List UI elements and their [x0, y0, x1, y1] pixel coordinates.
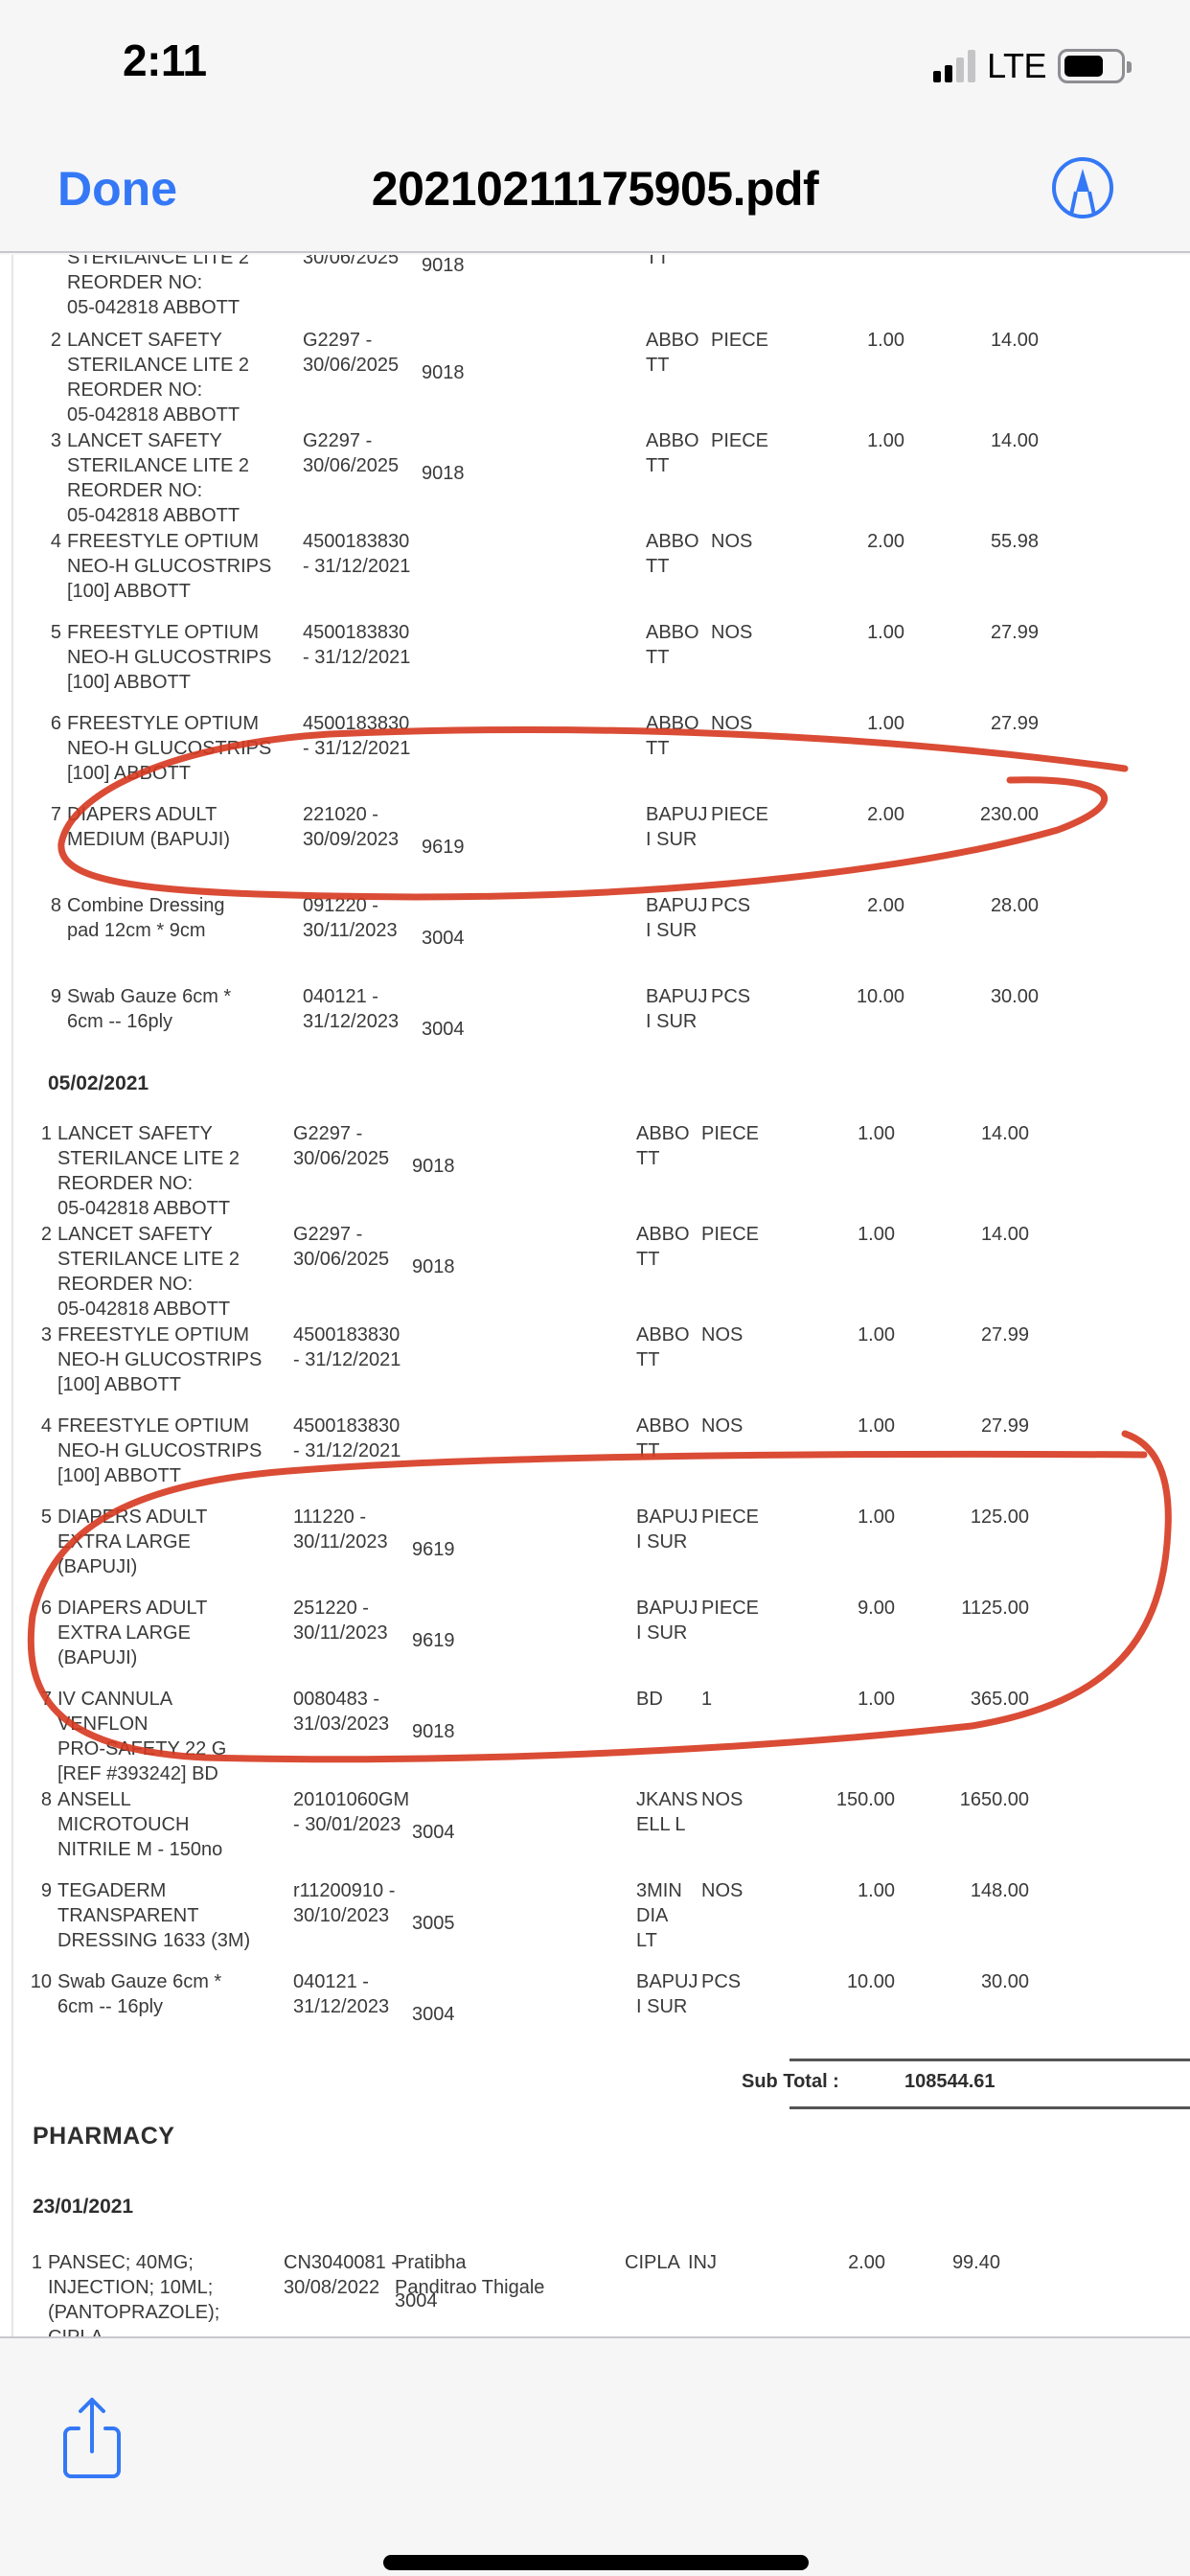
item-description: ANSELLMICROTOUCHNITRILE M - 150no: [57, 1787, 287, 1862]
batch-expiry: G2297 -30/06/2025: [303, 328, 437, 378]
item-description-line: FREESTYLE OPTIUM: [67, 529, 297, 554]
hsn-code: 9619: [412, 1537, 455, 1562]
item-description-line: NEO-H GLUCOSTRIPS: [67, 645, 297, 670]
item-description-line: NEO-H GLUCOSTRIPS: [67, 736, 297, 761]
item-description-line: REORDER NO:: [67, 478, 297, 503]
manufacturer-line: BAPUJ: [646, 802, 703, 827]
navigation-bar: Done 20210211175905.pdf: [0, 134, 1190, 253]
manufacturer-line: I SUR: [646, 918, 703, 943]
item-description-line: NITRILE M - 150no: [57, 1837, 287, 1862]
batch-expiry: 221020 -30/09/2023: [303, 802, 437, 852]
item-description-line: STERILANCE LITE 2: [57, 1146, 287, 1171]
manufacturer-line: BD: [636, 1687, 694, 1712]
batch-expiry-line: G2297 -: [293, 1222, 427, 1247]
item-description-line: REORDER NO:: [57, 1171, 287, 1196]
item-description-line: REORDER NO:: [67, 270, 297, 295]
unit: NOS: [701, 1878, 743, 1903]
unit: NOS: [701, 1787, 743, 1812]
batch-expiry-line: 4500183830: [303, 529, 437, 554]
unit: NOS: [711, 711, 752, 736]
item-description-line: pad 12cm * 9cm: [67, 918, 297, 943]
hsn-code: 3004: [422, 926, 465, 951]
unit: PIECE: [701, 1222, 759, 1247]
item-description-line: [100] ABBOTT: [67, 579, 297, 604]
item-description-line: LANCET SAFETY: [67, 328, 297, 353]
batch-expiry-line: 0080483 -: [293, 1687, 427, 1712]
manufacturer-line: DIA: [636, 1903, 694, 1928]
amount: 148.00: [933, 1878, 1029, 1903]
amount: 27.99: [943, 711, 1039, 736]
manufacturer-line: TT: [646, 736, 703, 761]
item-description-line: FREESTYLE OPTIUM: [67, 711, 297, 736]
batch-expiry-line: 4500183830: [293, 1322, 427, 1347]
batch-expiry-line: 30/06/2025: [293, 1146, 427, 1171]
manufacturer-line: I SUR: [646, 1009, 703, 1034]
home-indicator: [383, 2555, 809, 2570]
hsn-code: 9018: [412, 1719, 455, 1744]
subtotal-value: 108544.61: [904, 2069, 995, 2094]
manufacturer-line: BAPUJ: [636, 1969, 694, 1994]
batch-expiry-line: - 30/01/2023: [293, 1812, 427, 1837]
item-description-line: DRESSING 1633 (3M): [57, 1928, 287, 1953]
batch-expiry-line: 040121 -: [303, 984, 437, 1009]
manufacturer-line: BAPUJ: [646, 984, 703, 1009]
batch-expiry-line: 30/09/2023: [303, 827, 437, 852]
date-header: 05/02/2021: [48, 1071, 149, 1096]
batch-expiry-line: 31/12/2023: [303, 1009, 437, 1034]
manufacturer-line: ELL L: [636, 1812, 694, 1837]
item-number: 2: [4, 1222, 52, 1247]
manufacturer-line: TT: [636, 1247, 694, 1272]
item-description-line: 05-042818 ABBOTT: [57, 1196, 287, 1221]
item-number: 4: [4, 1414, 52, 1438]
item-number: 8: [4, 1787, 52, 1812]
manufacturer: BAPUJI SUR: [636, 1969, 694, 2019]
batch-expiry: 4500183830- 31/12/2021: [293, 1414, 427, 1463]
item-description-line: STERILANCE LITE 2: [67, 453, 297, 478]
amount: 27.99: [933, 1414, 1029, 1438]
item-number: 4: [13, 529, 61, 554]
unit: PIECE: [701, 1505, 759, 1529]
item-description: TEGADERMTRANSPARENTDRESSING 1633 (3M): [57, 1878, 287, 1953]
batch-expiry-line: - 31/12/2021: [293, 1438, 427, 1463]
hsn-code: 9619: [412, 1628, 455, 1653]
batch-expiry-line: G2297 -: [303, 428, 437, 453]
unit: PIECE: [711, 802, 768, 827]
manufacturer-line: TT: [636, 1347, 694, 1372]
quantity: 9.00: [809, 1596, 895, 1621]
manufacturer-line: ABBO: [646, 529, 703, 554]
item-description: STERILANCE LITE 2REORDER NO:05-042818 AB…: [67, 255, 297, 320]
item-description-line: LANCET SAFETY: [67, 428, 297, 453]
hsn-code: 9619: [422, 835, 465, 860]
item-description-line: 6cm -- 16ply: [67, 1009, 297, 1034]
item-description: DIAPERS ADULTMEDIUM (BAPUJI): [67, 802, 297, 852]
hsn-code: 3005: [412, 1911, 455, 1936]
item-description: FREESTYLE OPTIUMNEO-H GLUCOSTRIPS[100] A…: [57, 1322, 287, 1397]
item-description-line: EXTRA LARGE: [57, 1621, 287, 1645]
manufacturer: BAPUJI SUR: [646, 893, 703, 943]
amount: 55.98: [943, 529, 1039, 554]
amount: 14.00: [943, 328, 1039, 353]
batch-expiry-line: 30/06/2025: [303, 453, 437, 478]
status-bar: 2:11 LTE: [0, 0, 1190, 134]
item-description: LANCET SAFETYSTERILANCE LITE 2REORDER NO…: [67, 428, 297, 528]
manufacturer-line: TT: [646, 645, 703, 670]
batch-expiry: G2297 -30/06/2025: [293, 1121, 427, 1171]
item-number: 2: [13, 328, 61, 353]
amount: 30.00: [943, 984, 1039, 1009]
manufacturer-line: CIPLA: [625, 2250, 682, 2275]
batch-expiry: 0080483 -31/03/2023: [293, 1687, 427, 1736]
quantity: 150.00: [809, 1787, 895, 1812]
item-description: FREESTYLE OPTIUMNEO-H GLUCOSTRIPS[100] A…: [67, 711, 297, 786]
item-description: Combine Dressingpad 12cm * 9cm: [67, 893, 297, 943]
item-description: FREESTYLE OPTIUMNEO-H GLUCOSTRIPS[100] A…: [57, 1414, 287, 1488]
batch-expiry-line: 30/06/2025: [303, 353, 437, 378]
item-description-line: EXTRA LARGE: [57, 1529, 287, 1554]
item-description-line: [100] ABBOTT: [57, 1372, 287, 1397]
batch-expiry-line: 4500183830: [303, 711, 437, 736]
pdf-viewer[interactable]: STERILANCE LITE 2REORDER NO:05-042818 AB…: [0, 255, 1190, 2336]
amount: 14.00: [933, 1222, 1029, 1247]
item-description-line: REORDER NO:: [57, 1272, 287, 1297]
item-description-line: (PANTOPRAZOLE);: [48, 2300, 278, 2325]
unit: NOS: [701, 1414, 743, 1438]
manufacturer: ABBOTT: [646, 711, 703, 761]
item-description-line: FREESTYLE OPTIUM: [67, 620, 297, 645]
doctor-name-line: Pratibha: [395, 2250, 544, 2275]
manufacturer-line: TT: [646, 453, 703, 478]
manufacturer-line: JKANS: [636, 1787, 694, 1812]
batch-expiry: 30/06/2025: [303, 255, 437, 270]
amount: 14.00: [933, 1121, 1029, 1146]
batch-expiry-line: - 31/12/2021: [303, 645, 437, 670]
hsn-code: 9018: [412, 1154, 455, 1179]
item-description-line: LANCET SAFETY: [57, 1222, 287, 1247]
quantity: 1.00: [818, 620, 904, 645]
batch-expiry-line: 4500183830: [293, 1414, 427, 1438]
amount: 27.99: [933, 1322, 1029, 1347]
batch-expiry-line: 4500183830: [303, 620, 437, 645]
amount: 230.00: [943, 802, 1039, 827]
item-number: 5: [13, 620, 61, 645]
section-header-pharmacy: PHARMACY: [33, 2124, 174, 2149]
manufacturer-line: ABBO: [636, 1414, 694, 1438]
hsn-code: 9018: [422, 461, 465, 486]
batch-expiry-line: 31/03/2023: [293, 1712, 427, 1736]
manufacturer-line: I SUR: [636, 1529, 694, 1554]
batch-expiry: 040121 -31/12/2023: [303, 984, 437, 1034]
item-description: DIAPERS ADULTEXTRA LARGE(BAPUJI): [57, 1596, 287, 1670]
item-description-line: INJECTION; 10ML;: [48, 2275, 278, 2300]
status-indicators: LTE: [933, 46, 1125, 86]
manufacturer: ABBOTT: [636, 1414, 694, 1463]
item-description: LANCET SAFETYSTERILANCE LITE 2REORDER NO…: [57, 1222, 287, 1322]
item-description-line: IV CANNULA: [57, 1687, 287, 1712]
batch-expiry: 111220 -30/11/2023: [293, 1505, 427, 1554]
quantity: 1.00: [818, 328, 904, 353]
item-description: LANCET SAFETYSTERILANCE LITE 2REORDER NO…: [67, 328, 297, 427]
manufacturer-line: I SUR: [636, 1994, 694, 2019]
amount: 1125.00: [933, 1596, 1029, 1621]
amount: 1650.00: [933, 1787, 1029, 1812]
cellular-signal-icon: [933, 50, 975, 82]
batch-expiry-line: 040121 -: [293, 1969, 427, 1994]
batch-expiry-line: G2297 -: [293, 1121, 427, 1146]
batch-expiry-line: 221020 -: [303, 802, 437, 827]
unit: PIECE: [701, 1596, 759, 1621]
quantity: 1.00: [818, 711, 904, 736]
quantity: 1.00: [809, 1878, 895, 1903]
batch-expiry-line: 30/06/2025: [293, 1247, 427, 1272]
batch-expiry-line: G2297 -: [303, 328, 437, 353]
batch-expiry-line: 251220 -: [293, 1596, 427, 1621]
manufacturer: TT: [646, 255, 703, 270]
item-description-line: TRANSPARENT: [57, 1903, 287, 1928]
unit: NOS: [701, 1322, 743, 1347]
batch-expiry: 251220 -30/11/2023: [293, 1596, 427, 1645]
item-description-line: MICROTOUCH: [57, 1812, 287, 1837]
manufacturer: ABBOTT: [636, 1222, 694, 1272]
manufacturer-line: TT: [646, 255, 703, 270]
item-description-line: (BAPUJI): [57, 1645, 287, 1670]
hsn-code: 9018: [412, 1254, 455, 1279]
quantity: 1.00: [809, 1414, 895, 1438]
item-description-line: NEO-H GLUCOSTRIPS: [57, 1438, 287, 1463]
unit: PCS: [711, 893, 750, 918]
amount: 99.40: [904, 2250, 1000, 2275]
manufacturer: ABBOTT: [636, 1322, 694, 1372]
batch-expiry-line: 20101060GM: [293, 1787, 427, 1812]
manufacturer-line: BAPUJ: [636, 1505, 694, 1529]
item-number: 3: [13, 428, 61, 453]
item-number: 9: [4, 1878, 52, 1903]
item-description-line: CIPLA: [48, 2325, 278, 2336]
hsn-code: 3004: [412, 1820, 455, 1845]
manufacturer: 3MINDIALT: [636, 1878, 694, 1953]
batch-expiry: 20101060GM- 30/01/2023: [293, 1787, 427, 1837]
item-description-line: [100] ABBOTT: [67, 761, 297, 786]
subtotal-rule-top: [790, 2058, 1190, 2061]
item-description-line: Swab Gauze 6cm *: [67, 984, 297, 1009]
item-description: Swab Gauze 6cm *6cm -- 16ply: [67, 984, 297, 1034]
item-description: FREESTYLE OPTIUMNEO-H GLUCOSTRIPS[100] A…: [67, 620, 297, 695]
item-description-line: DIAPERS ADULT: [57, 1596, 287, 1621]
amount: 28.00: [943, 893, 1039, 918]
item-description: DIAPERS ADULTEXTRA LARGE(BAPUJI): [57, 1505, 287, 1579]
item-description-line: Swab Gauze 6cm *: [57, 1969, 287, 1994]
markup-pen-icon[interactable]: [1050, 155, 1115, 220]
item-description-line: DIAPERS ADULT: [67, 802, 297, 827]
amount: 365.00: [933, 1687, 1029, 1712]
item-description-line: NEO-H GLUCOSTRIPS: [67, 554, 297, 579]
manufacturer-line: ABBO: [646, 620, 703, 645]
hsn-code: 3004: [422, 1017, 465, 1042]
manufacturer: BD: [636, 1687, 694, 1712]
unit: NOS: [711, 529, 752, 554]
batch-expiry-line: 31/12/2023: [293, 1994, 427, 2019]
batch-expiry-line: 30/10/2023: [293, 1903, 427, 1928]
manufacturer: ABBOTT: [646, 529, 703, 579]
item-number: 3: [4, 1322, 52, 1347]
hsn-code: 9018: [422, 360, 465, 385]
item-description-line: MEDIUM (BAPUJI): [67, 827, 297, 852]
item-description: FREESTYLE OPTIUMNEO-H GLUCOSTRIPS[100] A…: [67, 529, 297, 604]
item-description: PANSEC; 40MG;INJECTION; 10ML;(PANTOPRAZO…: [48, 2250, 278, 2336]
manufacturer-line: ABBO: [636, 1322, 694, 1347]
item-description: IV CANNULAVENFLONPRO-SAFETY 22 G[REF #39…: [57, 1687, 287, 1786]
quantity: 1.00: [809, 1121, 895, 1146]
manufacturer: ABBOTT: [636, 1121, 694, 1171]
hsn-code: 3004: [395, 2288, 438, 2313]
batch-expiry: 4500183830- 31/12/2021: [303, 620, 437, 670]
manufacturer-line: LT: [636, 1928, 694, 1953]
quantity: 1.00: [809, 1222, 895, 1247]
manufacturer: JKANSELL L: [636, 1787, 694, 1837]
item-description-line: PANSEC; 40MG;: [48, 2250, 278, 2275]
subtotal-rule-bottom: [790, 2106, 1190, 2109]
batch-expiry: 040121 -31/12/2023: [293, 1969, 427, 2019]
quantity: 1.00: [809, 1505, 895, 1529]
batch-expiry-line: 091220 -: [303, 893, 437, 918]
unit: PIECE: [711, 328, 768, 353]
item-description-line: 05-042818 ABBOTT: [67, 503, 297, 528]
share-icon[interactable]: [57, 2394, 126, 2480]
unit: NOS: [711, 620, 752, 645]
quantity: 2.00: [799, 2250, 885, 2275]
item-number: 9: [13, 984, 61, 1009]
unit: PCS: [711, 984, 750, 1009]
batch-expiry: 4500183830- 31/12/2021: [293, 1322, 427, 1372]
manufacturer-line: I SUR: [646, 827, 703, 852]
manufacturer-line: TT: [646, 353, 703, 378]
unit: PCS: [701, 1969, 741, 1994]
manufacturer-line: BAPUJ: [646, 893, 703, 918]
item-number: 10: [4, 1969, 52, 1994]
item-description-line: FREESTYLE OPTIUM: [57, 1322, 287, 1347]
batch-expiry-line: - 31/12/2021: [293, 1347, 427, 1372]
batch-expiry-line: 30/11/2023: [293, 1529, 427, 1554]
item-description-line: TEGADERM: [57, 1878, 287, 1903]
manufacturer: BAPUJI SUR: [636, 1505, 694, 1554]
manufacturer-line: BAPUJ: [636, 1596, 694, 1621]
manufacturer: CIPLA: [625, 2250, 682, 2275]
item-description-line: NEO-H GLUCOSTRIPS: [57, 1347, 287, 1372]
manufacturer-line: I SUR: [636, 1621, 694, 1645]
item-number: 1: [0, 2250, 42, 2275]
manufacturer: ABBOTT: [646, 428, 703, 478]
batch-expiry: r11200910 -30/10/2023: [293, 1878, 427, 1928]
unit: PIECE: [711, 428, 768, 453]
amount: 30.00: [933, 1969, 1029, 1994]
item-number: 7: [13, 802, 61, 827]
item-description-line: STERILANCE LITE 2: [67, 353, 297, 378]
item-description-line: 05-042818 ABBOTT: [67, 402, 297, 427]
item-description-line: 05-042818 ABBOTT: [57, 1297, 287, 1322]
manufacturer: BAPUJI SUR: [646, 802, 703, 852]
item-description: Swab Gauze 6cm *6cm -- 16ply: [57, 1969, 287, 2019]
manufacturer: ABBOTT: [646, 328, 703, 378]
item-number: 6: [4, 1596, 52, 1621]
manufacturer-line: ABBO: [636, 1121, 694, 1146]
quantity: 2.00: [818, 893, 904, 918]
manufacturer: ABBOTT: [646, 620, 703, 670]
quantity: 10.00: [818, 984, 904, 1009]
hsn-code: 9018: [422, 255, 465, 278]
unit: 1: [701, 1687, 712, 1712]
manufacturer-line: ABBO: [646, 328, 703, 353]
manufacturer-line: TT: [636, 1438, 694, 1463]
item-description-line: ANSELL: [57, 1787, 287, 1812]
manufacturer-line: ABBO: [646, 428, 703, 453]
item-number: 1: [4, 1121, 52, 1146]
quantity: 1.00: [809, 1687, 895, 1712]
batch-expiry-line: 30/06/2025: [303, 255, 437, 270]
batch-expiry-line: r11200910 -: [293, 1878, 427, 1903]
item-description-line: 05-042818 ABBOTT: [67, 295, 297, 320]
item-number: 7: [4, 1687, 52, 1712]
unit: INJ: [688, 2250, 717, 2275]
document-title: 20210211175905.pdf: [0, 161, 1190, 217]
item-description-line: [100] ABBOTT: [57, 1463, 287, 1488]
manufacturer-line: ABBO: [636, 1222, 694, 1247]
bottom-toolbar: [0, 2336, 1190, 2576]
amount: 125.00: [933, 1505, 1029, 1529]
item-number: 8: [13, 893, 61, 918]
manufacturer-line: TT: [646, 554, 703, 579]
battery-icon: [1058, 49, 1125, 83]
status-time: 2:11: [123, 34, 207, 86]
item-description-line: [100] ABBOTT: [67, 670, 297, 695]
quantity: 10.00: [809, 1969, 895, 1994]
batch-expiry: G2297 -30/06/2025: [303, 428, 437, 478]
item-description-line: PRO-SAFETY 22 G: [57, 1736, 287, 1761]
item-description-line: DIAPERS ADULT: [57, 1505, 287, 1529]
manufacturer-line: ABBO: [646, 711, 703, 736]
batch-expiry-line: - 31/12/2021: [303, 736, 437, 761]
item-description-line: STERILANCE LITE 2: [67, 255, 297, 270]
batch-expiry-line: - 31/12/2021: [303, 554, 437, 579]
quantity: 1.00: [809, 1322, 895, 1347]
network-type: LTE: [987, 46, 1046, 86]
date-header: 23/01/2021: [33, 2195, 133, 2219]
amount: 27.99: [943, 620, 1039, 645]
manufacturer: BAPUJI SUR: [636, 1596, 694, 1645]
subtotal-label: Sub Total :: [742, 2069, 839, 2094]
item-description-line: Combine Dressing: [67, 893, 297, 918]
manufacturer-line: TT: [636, 1146, 694, 1171]
batch-expiry: 4500183830- 31/12/2021: [303, 529, 437, 579]
batch-expiry-line: 30/11/2023: [303, 918, 437, 943]
item-description-line: VENFLON: [57, 1712, 287, 1736]
item-number: 5: [4, 1505, 52, 1529]
batch-expiry: 4500183830- 31/12/2021: [303, 711, 437, 761]
item-description-line: REORDER NO:: [67, 378, 297, 402]
batch-expiry: G2297 -30/06/2025: [293, 1222, 427, 1272]
item-description-line: 6cm -- 16ply: [57, 1994, 287, 2019]
batch-expiry-line: 30/11/2023: [293, 1621, 427, 1645]
item-number: 6: [13, 711, 61, 736]
manufacturer: BAPUJI SUR: [646, 984, 703, 1034]
batch-expiry: 091220 -30/11/2023: [303, 893, 437, 943]
item-description-line: STERILANCE LITE 2: [57, 1247, 287, 1272]
item-description: LANCET SAFETYSTERILANCE LITE 2REORDER NO…: [57, 1121, 287, 1221]
batch-expiry-line: 111220 -: [293, 1505, 427, 1529]
quantity: 1.00: [818, 428, 904, 453]
quantity: 2.00: [818, 802, 904, 827]
item-description-line: [REF #393242] BD: [57, 1761, 287, 1786]
